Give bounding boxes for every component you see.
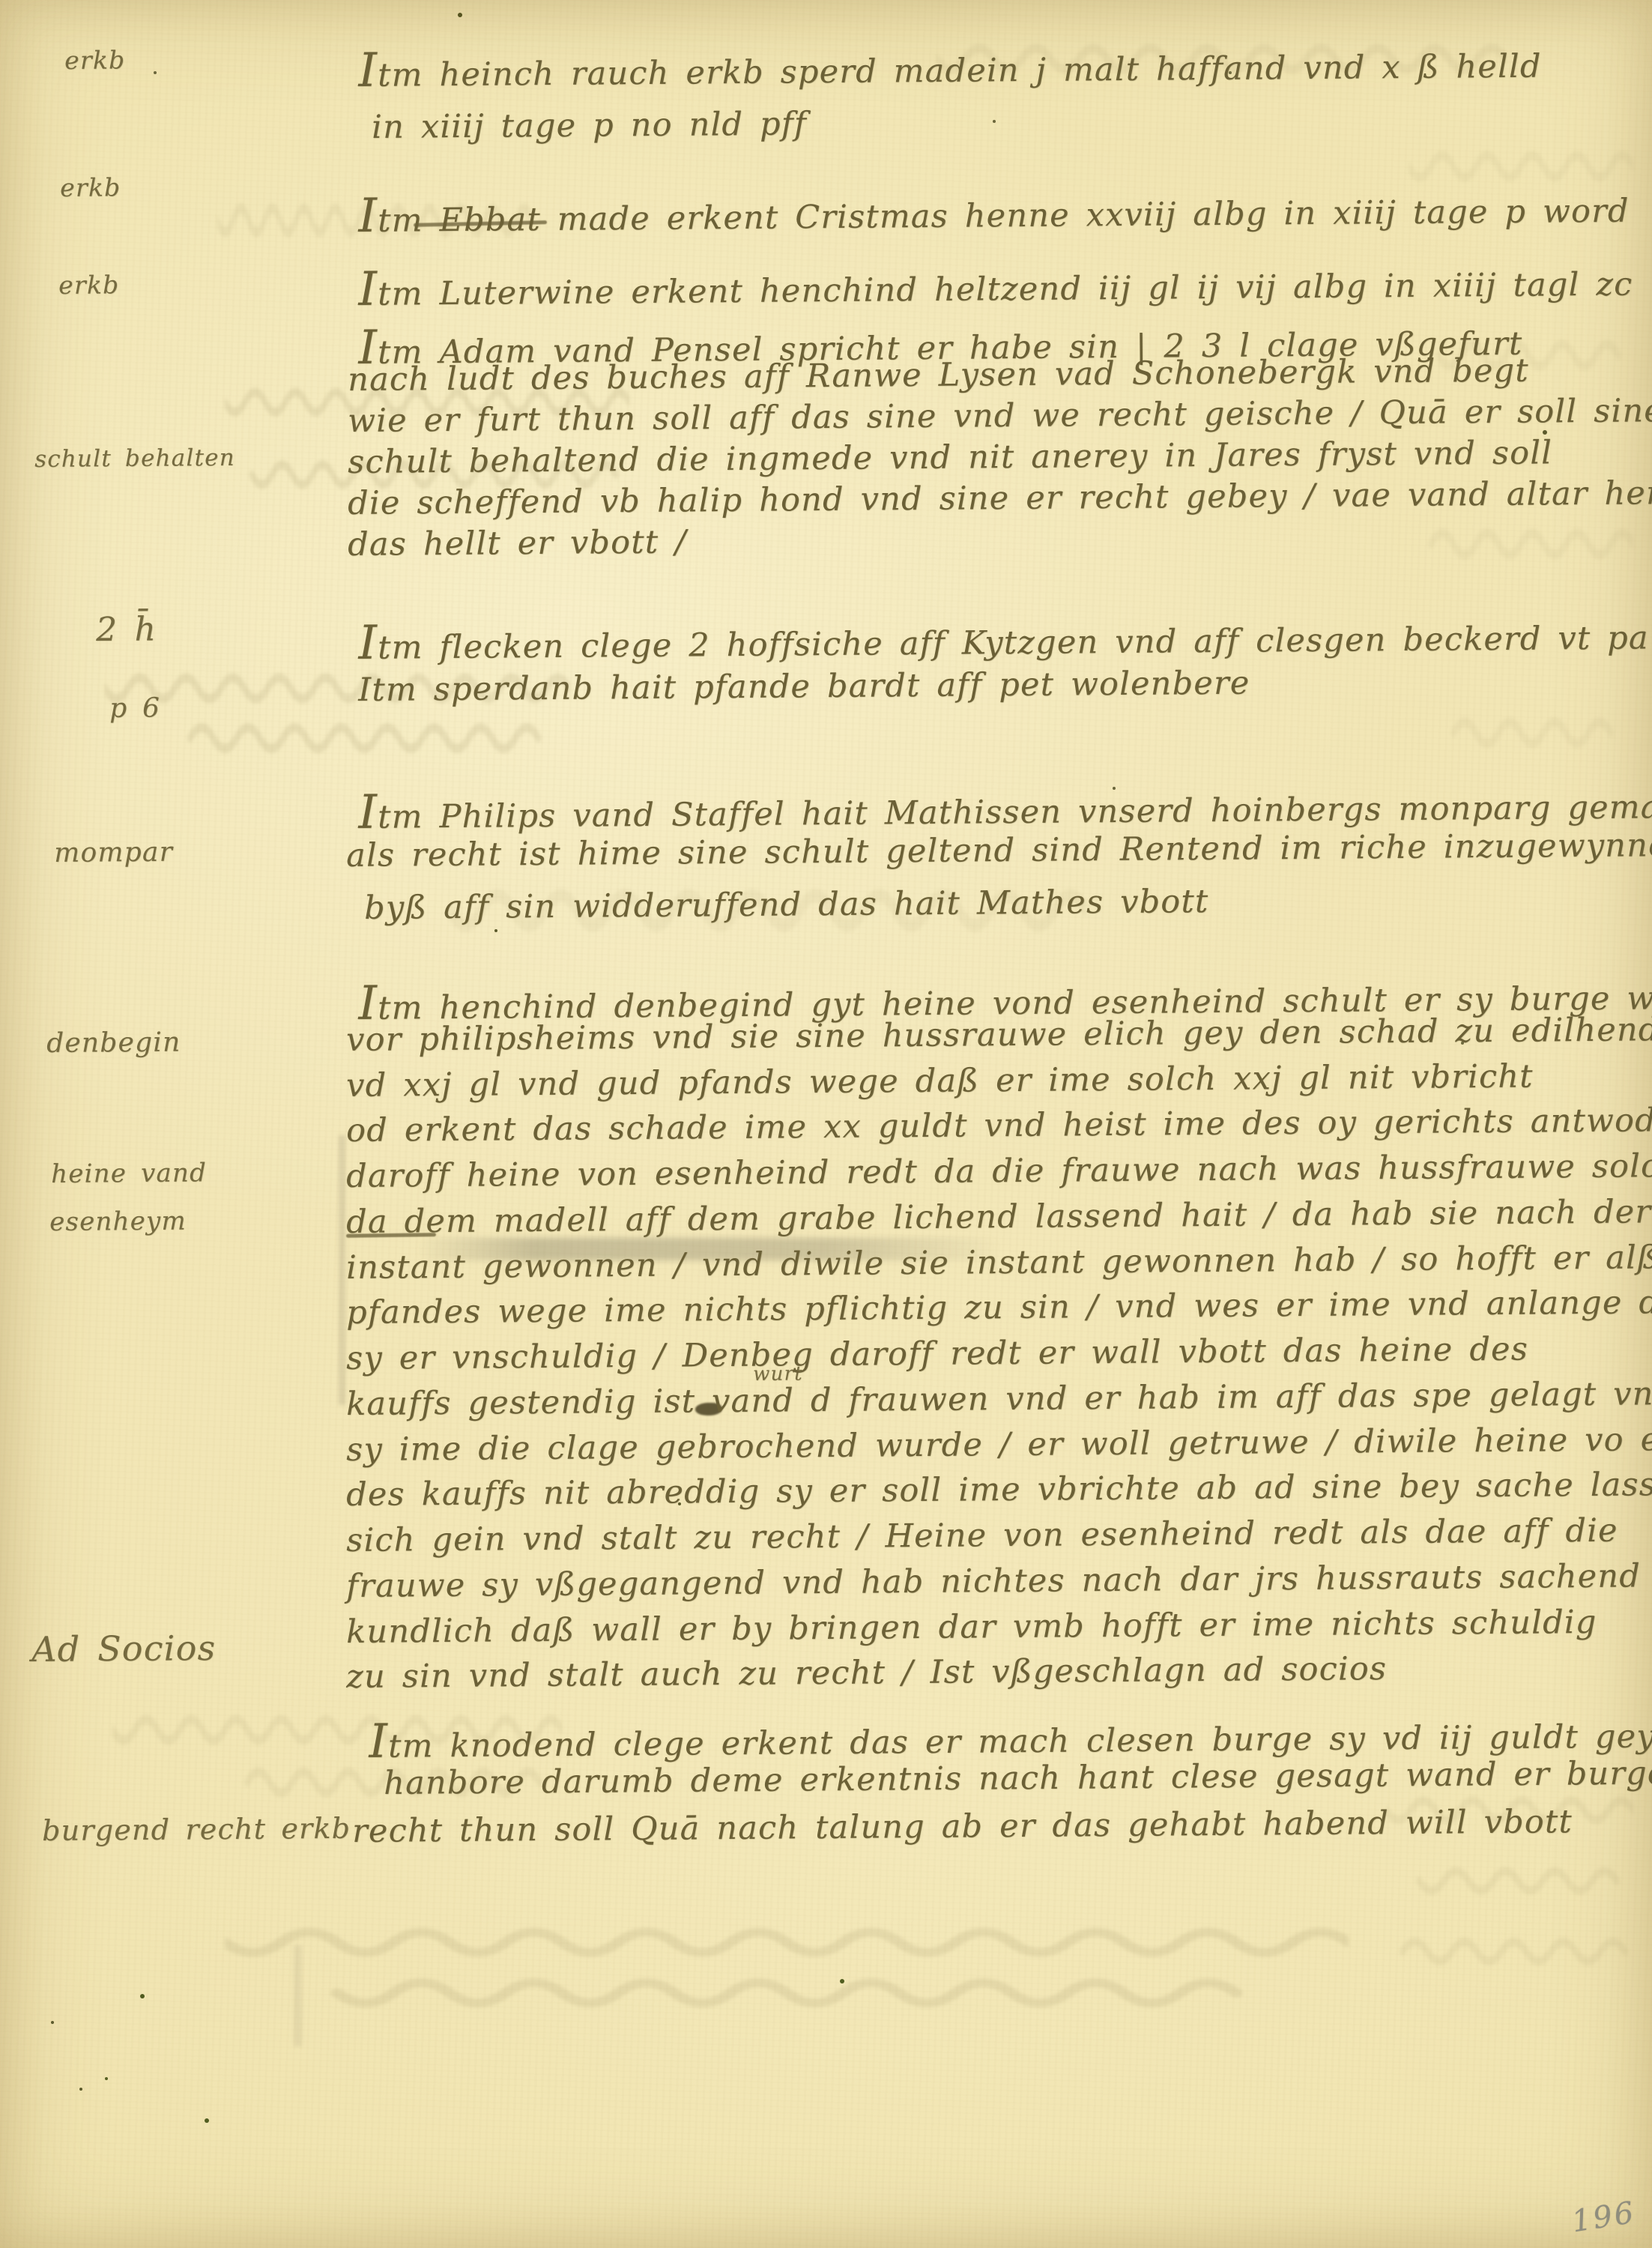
manuscript-line: Itm Ebbat made erkent Cristmas henne xxv… — [358, 179, 1630, 243]
show-through-ghost — [225, 1915, 1349, 2016]
manuscript-line: vd xxj gl vnd gud pfands wege daß er ime… — [346, 1059, 1534, 1105]
page-number: 196 — [1570, 2196, 1639, 2240]
manuscript-line: Itm flecken clege 2 hoffsiche aff Kytzge… — [358, 605, 1649, 669]
manuscript-line: Itm Luterwine erkent henchind heltzend i… — [358, 253, 1633, 316]
margin-note: erkb — [58, 271, 120, 300]
margin-note: denbegin — [46, 1027, 181, 1060]
manuscript-line: Itm sperdanb hait pfande bardt aff pet w… — [358, 665, 1250, 710]
manuscript-line: sich gein vnd stalt zu recht / Heine von… — [346, 1513, 1618, 1560]
manuscript-line: Itm heinch rauch erkb sperd madein j mal… — [358, 34, 1542, 97]
manuscript-line: da dem madell aff dem grabe lichend lass… — [346, 1193, 1652, 1241]
margin-note: schult behalten — [34, 445, 235, 474]
manuscript-line: sy ime die clage gebrochend wurde / er w… — [346, 1421, 1652, 1469]
fold-streak — [339, 1135, 345, 1405]
manuscript-line: kundlich daß wall er by bringen dar vmb … — [346, 1604, 1597, 1652]
manuscript-line: pfandes wege ime nichts pflichtig zu sin… — [346, 1284, 1652, 1332]
margin-note: esenheym — [49, 1207, 187, 1238]
manuscript-line: das hellt er vbott / — [348, 524, 687, 563]
margin-note: erkb — [60, 173, 121, 202]
manuscript-line: die scheffend vb halip hond vnd sine er … — [348, 475, 1652, 523]
margin-note: mompar — [54, 837, 173, 869]
manuscript-line: nach ludt des buches aff Ranwe Lysen vad… — [348, 353, 1529, 399]
margin-note: heine vand — [51, 1158, 207, 1189]
paper-speckles — [0, 0, 3, 3]
manuscript-line: des kauffs nit abreddig sy er soll ime v… — [346, 1466, 1652, 1514]
manuscript-line: frauwe sy vßgegangend vnd hab nichtes na… — [346, 1558, 1641, 1605]
manuscript-line: byß aff sin widderuffend das hait Mathes… — [364, 883, 1209, 927]
margin-note: burgend recht erkb — [42, 1813, 351, 1848]
manuscript-line: daroff heine von esenheind redt da die f… — [346, 1147, 1652, 1195]
margin-note: erkb — [64, 46, 126, 75]
manuscript-line: schult behaltend die ingmede vnd nit ane… — [348, 435, 1552, 481]
margin-note: 2 h̄ — [96, 611, 157, 649]
margin-note: Ad Socios — [31, 1628, 216, 1670]
manuscript-page: 196 erkberkberkbschult behalten2 h̄p 6mo… — [0, 0, 1652, 2248]
manuscript-line: sy er vnschuldig / Denbeg daroff redt er… — [346, 1332, 1528, 1378]
manuscript-line: recht thun soll Quā nach talung ab er da… — [352, 1804, 1573, 1850]
margin-note: p 6 — [109, 692, 160, 724]
manuscript-line: wie er furt thun soll aff das sine vnd w… — [348, 393, 1652, 440]
manuscript-line: kauffs gestendig ist vand d frauwen vnd … — [346, 1376, 1652, 1423]
manuscript-line: instant gewonnen / vnd diwile sie instan… — [346, 1239, 1652, 1287]
fold-streak — [294, 1945, 302, 2046]
manuscript-line: zu sin vnd stalt auch zu recht / Ist vßg… — [346, 1651, 1387, 1696]
manuscript-line: in xiiij tage p no nld pff — [372, 106, 807, 146]
manuscript-line: od erkent das schade ime xx guldt vnd he… — [346, 1102, 1652, 1149]
